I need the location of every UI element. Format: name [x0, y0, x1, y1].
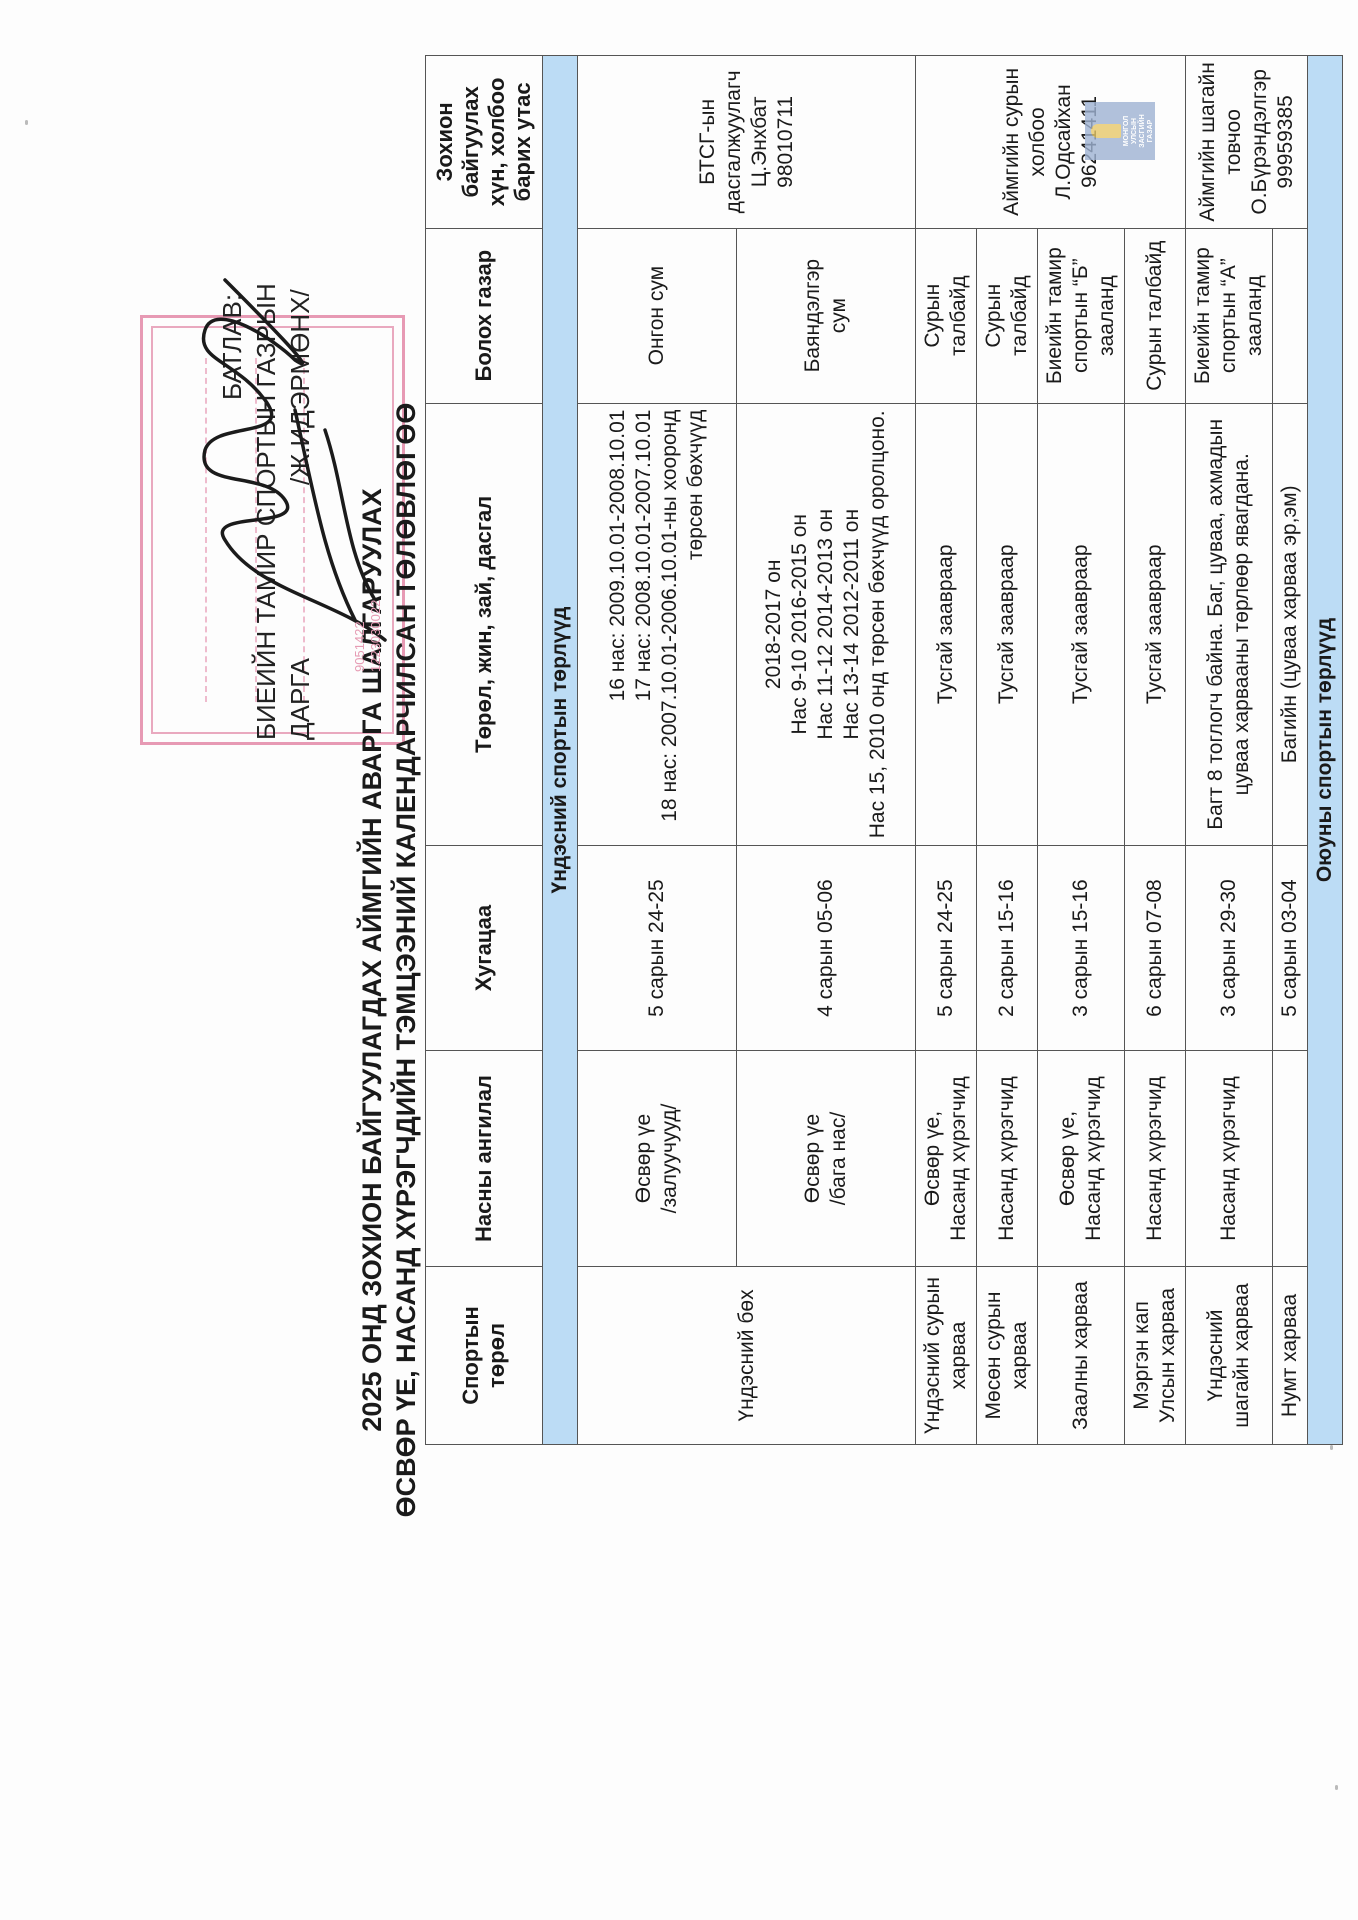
scan-speck — [1335, 1785, 1338, 1790]
cell-rules: 2018-2017 он Нас 9-10 2016-2015 он Нас 1… — [737, 403, 916, 845]
approval-label: БАТЛАВ: — [215, 283, 249, 740]
table-row: Мэргэн кап Улсын харваа Насанд хүрэгчид … — [1125, 56, 1186, 1445]
cell-venue: Сурын талбайд — [916, 228, 977, 403]
cell-rules: Тусгай заавраар — [1038, 403, 1125, 845]
cell-rules: 16 нас: 2009.10.01-2008.10.01 17 нас: 20… — [578, 403, 737, 845]
cell-venue: Биеийн тамир спортын “А” зааланд — [1186, 228, 1273, 403]
table-row: Заалны харваа Өсвөр үе, Насанд хүрэгчид … — [1038, 56, 1125, 1445]
cell-date: 5 сарын 24-25 — [578, 846, 737, 1051]
cell-sport: Үндэсний шагайн харваа — [1186, 1266, 1273, 1444]
cell-rules: Тусгай заавраар — [977, 403, 1038, 845]
table-row: Үндэсний бөх Өсвөр үе /залуучууд/ 5 сары… — [578, 56, 737, 1445]
header-venue: Болох газар — [426, 228, 543, 403]
table-header-row: Спортын төрөл Насны ангилал Хугацаа Төрө… — [426, 56, 543, 1445]
cell-venue: Сурын талбайд — [977, 228, 1038, 403]
header-age: Насны ангилал — [426, 1051, 543, 1267]
document-page: 9051422 1223030022 БАТЛАВ: БИЕИЙН ТАМИР … — [0, 0, 1358, 1920]
approval-block: БАТЛАВ: БИЕИЙН ТАМИР СПОРТЫН ГАЗРЫН ДАРГ… — [215, 283, 317, 740]
cell-venue — [1273, 228, 1308, 403]
cell-age: Өсвөр үе, Насанд хүрэгчид — [916, 1051, 977, 1267]
table-row: Үндэсний шагайн харваа Насанд хүрэгчид 3… — [1186, 56, 1273, 1445]
scan-speck — [1330, 1445, 1333, 1450]
header-rules: Төрөл, жин, зай, дасгал — [426, 403, 543, 845]
approval-position: БИЕИЙН ТАМИР СПОРТЫН ГАЗРЫН — [249, 283, 283, 740]
cell-venue: Биеийн тамир спортын “Б” зааланд — [1038, 228, 1125, 403]
cell-venue: Онгон сум — [578, 228, 737, 403]
table-row: Нумт харваа 5 сарын 03-04 Багийн (цуваа … — [1273, 56, 1308, 1445]
table-row: Өсвөр үе /бага нас/ 4 сарын 05-06 2018-2… — [737, 56, 916, 1445]
cell-contact: БТСГ-ын дасгалжуулагч Ц.Энхбат 98010711 — [578, 56, 916, 229]
cell-sport: Нумт харваа — [1273, 1266, 1308, 1444]
government-logo: МОНГОЛ УЛСЫН ЗАСГИЙН ГАЗАР — [1085, 102, 1155, 160]
cell-date: 5 сарын 03-04 — [1273, 846, 1308, 1051]
cell-sport: Мөсөн сурын харваа — [977, 1266, 1038, 1444]
cell-age: Насанд хүрэгчид — [1125, 1051, 1186, 1267]
cell-date: 5 сарын 24-25 — [916, 846, 977, 1051]
soyombo-icon — [1091, 124, 1121, 138]
header-contact: Зохион байгуулах хүн, холбоо барих утас — [426, 56, 543, 229]
cell-contact: Аймгийн шагайн товчоо О.Бүрэндэлгэр 9995… — [1186, 56, 1308, 229]
approval-signatory: /Ж.ИДЭРМӨНХ/ — [285, 289, 315, 485]
cell-rules: Багийн (цуваа харваа эр,эм) — [1273, 403, 1308, 845]
cell-date: 6 сарын 07-08 — [1125, 846, 1186, 1051]
approval-position-suffix: ДАРГА — [283, 485, 317, 740]
cell-age: Насанд хүрэгчид — [1186, 1051, 1273, 1267]
header-sport: Спортын төрөл — [426, 1266, 543, 1444]
cell-rules: Тусгай заавраар — [916, 403, 977, 845]
cell-age: Өсвөр үе, Насанд хүрэгчид — [1038, 1051, 1125, 1267]
cell-date: 3 сарын 15-16 — [1038, 846, 1125, 1051]
section-mind-sports: Оюуны спортын төрлүүд — [1308, 56, 1343, 1445]
cell-venue: Сурын талбайд — [1125, 228, 1186, 403]
section-row: Оюуны спортын төрлүүд — [1308, 56, 1343, 1445]
table-row: Мөсөн сурын харваа Насанд хүрэгчид 2 сар… — [977, 56, 1038, 1445]
cell-sport: Мэргэн кап Улсын харваа — [1125, 1266, 1186, 1444]
cell-date: 3 сарын 29-30 — [1186, 846, 1273, 1051]
cell-age: Өсвөр үе /бага нас/ — [737, 1051, 916, 1267]
cell-age: Өсвөр үе /залуучууд/ — [578, 1051, 737, 1267]
stamp-registration-numbers: 9051422 1223030022 — [352, 600, 384, 672]
cell-rules: Багт 8 тоглогч байна. Баг, цуваа, ахмады… — [1186, 403, 1273, 845]
table-row: Үндэсний сурын харваа Өсвөр үе, Насанд х… — [916, 56, 977, 1445]
section-row: Үндэсний спортын төрлүүд — [543, 56, 578, 1445]
cell-sport: Үндэсний бөх — [578, 1266, 916, 1444]
cell-date: 2 сарын 15-16 — [977, 846, 1038, 1051]
cell-sport: Заалны харваа — [1038, 1266, 1125, 1444]
cell-date: 4 сарын 05-06 — [737, 846, 916, 1051]
cell-rules: Тусгай заавраар — [1125, 403, 1186, 845]
cell-sport: Үндэсний сурын харваа — [916, 1266, 977, 1444]
cell-age: Насанд хүрэгчид — [977, 1051, 1038, 1267]
scan-speck — [25, 120, 28, 125]
section-national-sports: Үндэсний спортын төрлүүд — [543, 56, 578, 1445]
document-title: 2025 ОНД ЗОХИОН БАЙГУУЛАГДАХ АЙМГИЙН АВА… — [355, 0, 423, 1920]
header-date: Хугацаа — [426, 846, 543, 1051]
cell-venue: Баяндэлгэр сум — [737, 228, 916, 403]
competition-calendar-table: Спортын төрөл Насны ангилал Хугацаа Төрө… — [425, 55, 1343, 1445]
cell-age — [1273, 1051, 1308, 1267]
